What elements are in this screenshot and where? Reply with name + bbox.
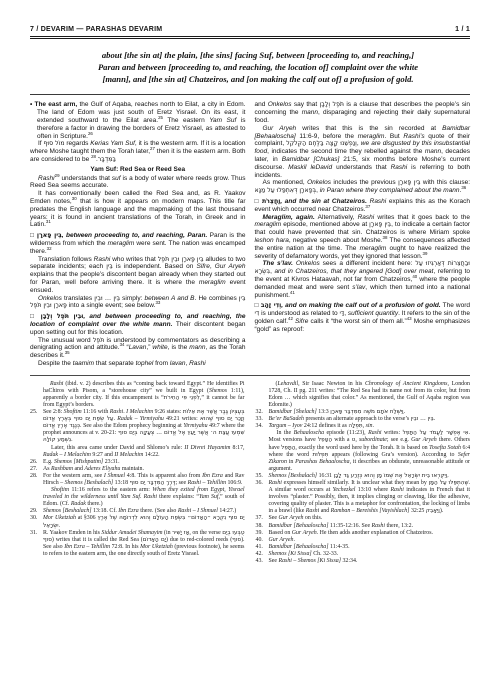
footnote: 42.Shemos [Ki Sissa] Ch. 32-33.	[256, 551, 471, 558]
footnote-text: As Rashbam and Aderes Eliyahu maintain.	[43, 466, 144, 472]
footnote-number: 37.	[256, 515, 268, 522]
book-page: 7 / DEVARIM — PARASHAS DEVARIM 1 / 1 abo…	[0, 0, 500, 699]
footnote-number: 41.	[256, 544, 268, 551]
footnote: 40.Gur Aryeh.	[256, 537, 471, 544]
footnote: 35.Shemos [Beshalach] 16:31 וַיִּקְרְאוּ…	[256, 473, 471, 480]
footnote-number: 31.	[30, 530, 42, 537]
main-left-column: • The east arm, the Gulf of Aqaba, reach…	[30, 101, 246, 367]
footnote-text: Based on Gur Aryeh. He then adds another…	[269, 530, 433, 536]
commentary-paragraph: If מוֹל סוּף regards Kerias Yam Suf, it …	[30, 140, 246, 163]
commentary-paragraph: Translation follows Rashi who writes tha…	[30, 256, 246, 295]
footnote: 25.See 2:8: Shoftim 11:16 with Rashi. I …	[30, 409, 245, 459]
commentary-paragraph: • The east arm, the Gulf of Aqaba, reach…	[30, 101, 246, 140]
footnote: 39.Based on Gur Aryeh. He then adds anot…	[256, 530, 471, 537]
commentary-columns: • The east arm, the Gulf of Aqaba, reach…	[30, 101, 470, 367]
main-right-column: and Onkelos say that תֹּפֶל וְלָבָן is a…	[255, 101, 471, 367]
footnote-text: Targum – Iyov 24:12 defines it as תִּפְל…	[269, 423, 471, 472]
commentary-paragraph: Rashi29 understands that suf is a body o…	[30, 175, 246, 191]
footnote-number: 27.	[30, 466, 42, 473]
footnote-text: Shemos [Ki Sissa] Ch. 32-33.	[269, 551, 339, 557]
footnote-number: 42.	[256, 551, 268, 558]
commentary-divider	[30, 94, 470, 95]
commentary-paragraph: The unusual word תֹּפֶל is understood by…	[30, 337, 246, 360]
entry-paragraph: □ וַחֲצֵרֹת, and the sin at Chatzeiros. …	[255, 198, 471, 214]
header-page-number: 1 / 1	[455, 26, 470, 33]
commentary-paragraph: and Onkelos say that תֹּפֶל וְלָבָן is a…	[255, 101, 471, 124]
header-parashah-title: 7 / DEVARIM — PARASHAS DEVARIM	[30, 26, 162, 33]
footnote-text: See Rashi – Shemos [Ki Sissa] 32:34.	[269, 558, 358, 564]
footnote: 36.Rashi expresses himself similarly. It…	[256, 480, 471, 515]
footnote: 26.E.g. Shemos [Mishpatim] 23:31.	[30, 459, 245, 466]
footnote-number: 35.	[256, 473, 268, 480]
footnote-text: See Gur Aryeh on this.	[269, 515, 323, 521]
footnotes-right-column: (Lehavdil, Sir Isaac Newton in his Chron…	[256, 381, 471, 565]
footnotes-left-column: Rashi (ibid. v. 2) describes this as “co…	[30, 381, 245, 565]
footnote-continuation: (Lehavdil, Sir Isaac Newton in his Chron…	[256, 381, 471, 409]
footnote-text: Shemos [Beshalach] 13:18. Cf. Ibn Ezra t…	[43, 508, 236, 514]
footnote-text: R. Yaakov Emden in his Siddur Amudei Sha…	[43, 530, 245, 557]
commentary-paragraph: Onkelos translates בֵּין … וּבֵין simply…	[30, 295, 246, 311]
footnote-text: Rashi expresses himself similarly. It is…	[269, 480, 471, 514]
footnote-text: For the western arm, see I Shmuel 4:8. T…	[43, 473, 245, 507]
footnote-text: Gur Aryeh.	[269, 537, 295, 543]
commentary-paragraph: Despite the taamim that separate tophel …	[30, 360, 246, 368]
verse-translation-line: about [the sin at] the plain, [the sins]…	[70, 50, 446, 62]
footnote-number: 43.	[256, 558, 268, 565]
footnote-number: 38.	[256, 523, 268, 530]
footnote-divider	[30, 375, 470, 376]
footnote: 30.Mor Uketziah at §306 יַם סוּף נִקְרָא…	[30, 515, 245, 529]
footnote-text: Be’er BaSadeh presents an alternate appr…	[269, 416, 436, 422]
commentary-paragraph: As mentioned, Onkelos includes the previ…	[255, 179, 471, 195]
footnote: 31.R. Yaakov Emden in his Siddur Amudei …	[30, 530, 245, 558]
footnote-number: 26.	[30, 459, 42, 466]
footnote: 43.See Rashi – Shemos [Ki Sissa] 32:34.	[256, 558, 471, 565]
footnote: 38.Bamidbar [Behaaloscha] 11:35-12:16. S…	[256, 523, 471, 530]
footnote-text: Mor Uketziah at §306 יַם סוּף נִקְרָא ״ה…	[43, 515, 245, 528]
entry-paragraph: □ וְדִי זָהָב, and on making the calf ou…	[255, 302, 471, 333]
verse-translation-block: about [the sin at] the plain, [the sins]…	[70, 50, 446, 85]
footnote-text: Bamidbar [Behaaloscha] 11:4-35.	[269, 544, 350, 550]
section-heading: Yam Suf: Red Sea or Reed Sea	[30, 166, 246, 174]
footnote: 34.Targum – Iyov 24:12 defines it as תִּ…	[256, 423, 471, 473]
footnote-number: 25.	[30, 409, 42, 416]
page-header: 7 / DEVARIM — PARASHAS DEVARIM 1 / 1	[30, 26, 470, 33]
footnote-number: 39.	[256, 530, 268, 537]
footnote-columns: Rashi (ibid. v. 2) describes this as “co…	[30, 381, 470, 565]
footnote-text: Shemos [Beshalach] 16:31 וַיִּקְרְאוּ בֵ…	[269, 473, 449, 479]
footnote-text: See 2:8: Shoftim 11:16 with Rashi. I Mel…	[43, 409, 245, 458]
footnote-text: E.g. Shemos [Mishpatim] 23:31.	[43, 459, 120, 465]
footnote-number: 30.	[30, 515, 42, 522]
footnote-number: 29.	[30, 508, 42, 515]
footnote: 41.Bamidbar [Behaaloscha] 11:4-35.	[256, 544, 471, 551]
footnote-number: 33.	[256, 416, 268, 423]
verse-translation-line: [mann], and [the sin at] Chatzeiros, and…	[70, 74, 446, 86]
footnote-number: 28.	[30, 473, 42, 480]
footnote-text: Bamidbar [Behaaloscha] 11:35-12:16. See …	[269, 523, 414, 529]
footnote-number: 34.	[256, 423, 268, 430]
entry-paragraph: □ בֵּין פָּארָן, between proceeding to, …	[30, 232, 246, 255]
commentary-paragraph: It has conventionally been called the Re…	[30, 190, 246, 229]
footnote-number: 40.	[256, 537, 268, 544]
footnote: 37.See Gur Aryeh on this.	[256, 515, 471, 522]
footnote: 27.As Rashbam and Aderes Eliyahu maintai…	[30, 466, 245, 473]
header-divider	[30, 36, 470, 39]
footnote-text: Bamidbar [Shelach] 13:3 וַיִּשְׁלַח אֹתָ…	[269, 409, 406, 415]
commentary-paragraph: Gur Aryeh writes that this is the sin re…	[255, 125, 471, 180]
verse-translation-line: Paran and between [proceeding to, and re…	[70, 62, 446, 74]
commentary-paragraph: The s’lav. Onkelos sees a different inci…	[255, 260, 471, 299]
commentary-paragraph: Meraglim, again. Alternatively, Rashi wr…	[255, 214, 471, 261]
entry-paragraph: □ וּבֵין תֹּפֶל וְלָבָן, and between pro…	[30, 313, 246, 336]
footnote-number: 36.	[256, 480, 268, 487]
footnote: 28.For the western arm, see I Shmuel 4:8…	[30, 473, 245, 508]
footnote-continuation: Rashi (ibid. v. 2) describes this as “co…	[30, 381, 245, 409]
footnote: 32.Bamidbar [Shelach] 13:3 וַיִּשְׁלַח א…	[256, 409, 471, 416]
footnote-number: 32.	[256, 409, 268, 416]
